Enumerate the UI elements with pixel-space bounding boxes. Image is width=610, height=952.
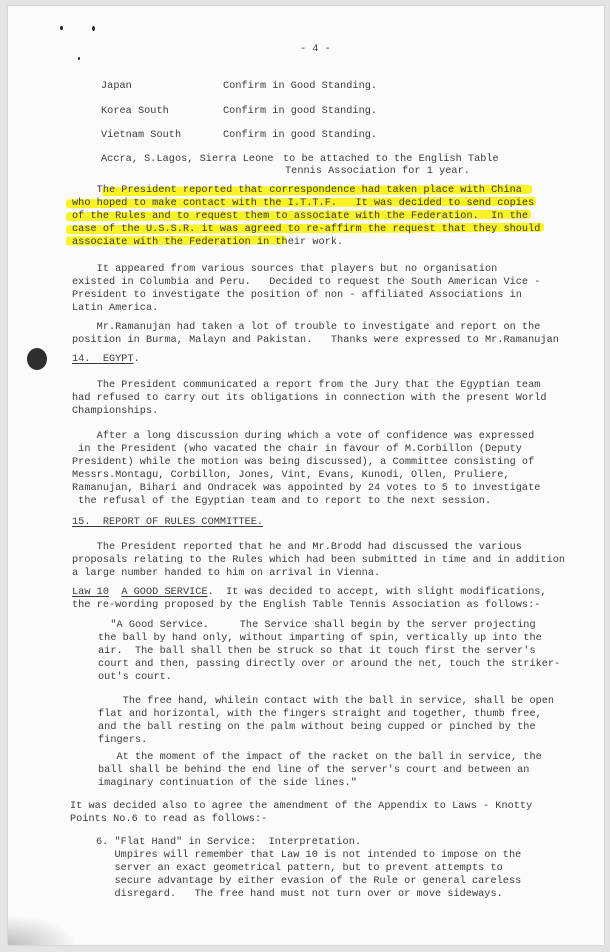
text-line: who hoped to make contact with the I.T.T… [72,197,534,210]
status-text: Confirm in good Standing. [223,105,377,118]
law-title: A GOOD SERVICE [121,587,207,598]
ink-speck [92,26,95,31]
text-line: position in Burma, Malayn and Pakistan. … [72,334,559,347]
text-line: Championships. [72,405,158,418]
punch-hole-icon [27,348,47,370]
ink-speck [78,57,80,60]
section-heading: 14. EGYPT. [72,353,140,366]
text-line: After a long discussion during which a v… [72,430,534,443]
country-label: Vietnam South [101,129,181,142]
text-line: the re-wording proposed by the English T… [72,599,540,612]
text-line: the ball by hand only, without imparting… [98,632,542,645]
document-page: - 4 - Japan Confirm in Good Standing. Ko… [8,6,604,945]
law-label: Law 10 [72,587,109,598]
text-line: a large number handed to him on arrival … [72,567,380,580]
text-line: The free hand, whilein contact with the … [98,695,554,708]
text-line: At the moment of the impact of the racke… [98,751,542,764]
text-line: . It was decided to accept, with slight … [208,587,547,598]
status-text: Tennis Association for 1 year. [285,165,470,178]
text-line: server an exact geometrical pattern, but… [96,862,503,875]
heading-suffix: . [134,354,140,365]
text-line: existed in Columbia and Peru. Decided to… [72,276,540,289]
text-line: proposals relating to the Rules which ha… [72,554,565,567]
text-line: Mr.Ramanujan had taken a lot of trouble … [72,321,540,334]
section-heading: 15. REPORT OF RULES COMMITTEE. [72,516,263,529]
text-line: of the Rules and to request them to asso… [72,210,528,223]
text-line: and the ball resting on the palm without… [98,721,536,734]
ink-speck [60,26,63,30]
text-line: Messrs.Montagu, Corbillon, Jones, Vint, … [72,469,510,482]
country-label: Accra, S.Lagos, Sierra Leone [101,153,274,166]
text-line: the refusal of the Egyptian team and to … [72,495,491,508]
law10-line: Law 10 A GOOD SERVICE. It was decided to… [72,586,547,599]
page-number: - 4 - [300,44,331,55]
page-shadow [8,915,78,945]
text-line: The President reported that corresponden… [72,184,522,197]
text-line: out's court. [98,671,172,684]
status-text: Confirm in Good Standing. [223,80,377,93]
text-line: President to investigate the position of… [72,289,522,302]
text-line: ball shall be behind the end line of the… [98,764,529,777]
text-line: court and then, passing directly over or… [98,658,560,671]
text-line: case of the U.S.S.R. it was agreed to re… [72,223,540,236]
text-line: It appeared from various sources that pl… [72,263,497,276]
text-line: air. The ball shall then be struck so th… [98,645,536,658]
heading-text: 14. EGYPT [72,354,134,365]
text-line: "A Good Service. The Service shall begin… [98,619,536,632]
country-label: Korea South [101,105,169,118]
text-line: had refused to carry out its obligations… [72,392,547,405]
text-line: associate with the Federation in their w… [72,236,343,249]
text-line: Ramanujan, Bihari and Ondracek was appoi… [72,482,540,495]
text-line: fingers. [98,734,147,747]
text-line: The President communicated a report from… [72,379,540,392]
country-label: Japan [101,80,132,93]
text-line: flat and horizontal, with the fingers st… [98,708,542,721]
text-line: 6. "Flat Hand" in Service: Interpretatio… [96,836,361,849]
text-line: Latin America. [72,302,158,315]
text-line: President) while the motion was being di… [72,456,534,469]
text-line: secure advantage by either evasion of th… [96,875,521,888]
text-line: disregard. The free hand must not turn o… [96,888,503,901]
text-line: in the President (who vacated the chair … [72,443,522,456]
text-line: The President reported that he and Mr.Br… [72,541,522,554]
text-line: Points No.6 to read as follows:- [70,813,267,826]
text-line: imaginary continuation of the side lines… [98,777,357,790]
status-text: Confirm in good Standing. [223,129,377,142]
text-line: It was decided also to agree the amendme… [70,800,532,813]
text-line: Umpires will remember that Law 10 is not… [96,849,521,862]
